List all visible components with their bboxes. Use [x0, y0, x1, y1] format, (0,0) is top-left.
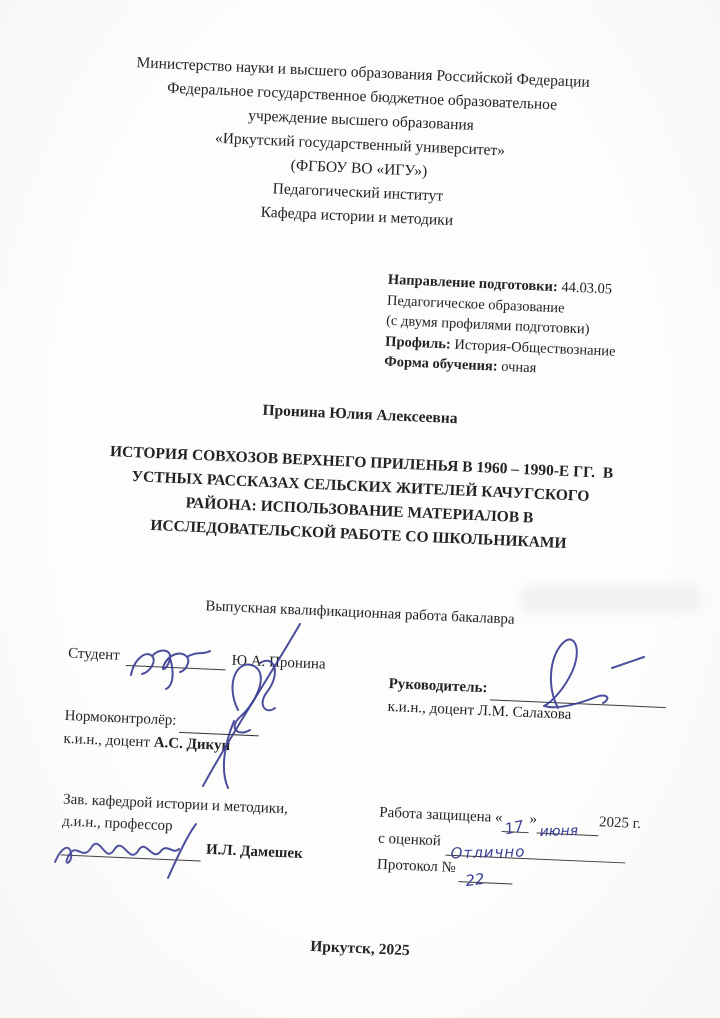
student-name: Ю.А. Пронина [231, 653, 326, 674]
defense-grade-label: с оценкой [378, 827, 442, 855]
normcontrol-name: А.С. Дикун [153, 735, 230, 754]
scan-smudge [520, 585, 700, 613]
defense-month-line: июня [536, 808, 599, 837]
normcontrol-block: Нормоконтролёр: к.и.н., доцент А.С. Дику… [63, 705, 301, 760]
city-year-footer: Иркутск, 2025 [0, 924, 720, 973]
supervisor-block: Руководитель: к.и.н., доцент Л.М. Салахо… [387, 673, 667, 730]
program-form-value: очная [501, 359, 537, 377]
supervisor-label: Руководитель: [388, 673, 488, 699]
student-signature-line [125, 648, 226, 670]
program-direction-value: 44.03.05 [561, 279, 612, 297]
normcontrol-signature-line [179, 710, 260, 736]
handwritten-protocol-number: 22 [464, 872, 485, 889]
defense-protocol-label: Протокол № [376, 853, 456, 881]
defense-info-block: Работа защищена «17»июня2025 г. с оценко… [376, 801, 671, 892]
defense-protocol-line: 22 [458, 856, 513, 884]
student-signature-row: Студент Ю.А. Пронина [68, 645, 368, 676]
defense-day-line: 17 [502, 806, 530, 833]
normcontrol-signature-ink [181, 616, 311, 794]
program-info: Направление подготовки: 44.03.05 Педагог… [384, 270, 676, 385]
normcontrol-prefix: к.и.н., доцент [63, 731, 150, 751]
department-head-signature-line [61, 832, 202, 861]
department-head-block: Зав. кафедрой истории и методики, д.и.н.… [61, 788, 364, 868]
program-form-label: Форма обучения: [384, 354, 498, 375]
defense-year: 2025 г. [598, 810, 641, 837]
scanned-title-page: Министерство науки и высшего образования… [0, 0, 720, 1018]
ministry-header: Министерство науки и высшего образования… [0, 45, 720, 244]
author-name: Пронина Юлия Алексеевна [0, 390, 720, 439]
student-label: Студент [68, 645, 120, 664]
thesis-title: ИСТОРИЯ СОВХОЗОВ ВЕРХНЕГО ПРИЛЕНЬЯ В 196… [0, 435, 720, 562]
program-profile-label: Профиль: [385, 333, 451, 352]
department-head-name: И.Л. Дамешек [206, 839, 304, 865]
